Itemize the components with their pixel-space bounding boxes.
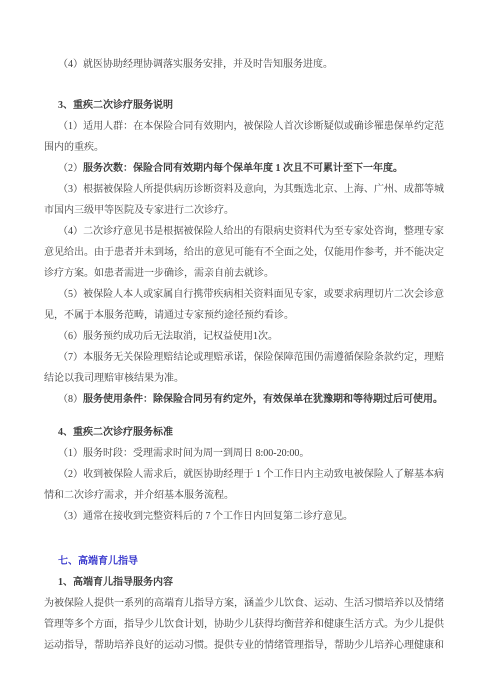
heading-childcare-service-content: 1、高端育儿指导服务内容 bbox=[44, 572, 444, 593]
heading-second-diagnosis-description: 3、重疾二次诊疗服务说明 bbox=[44, 95, 444, 116]
paragraph-service-times: （2）服务次数：保险合同有效期内每个保单年度 1 次且不可累计至下一年度。 bbox=[44, 158, 444, 179]
paragraph-opinion-letter-disclaimer: （4）二次诊疗意见书是根据被保险人给出的有限病史资料代为至专家处咨询，整理专家意… bbox=[44, 221, 444, 284]
paragraph-number-prefix: （2） bbox=[58, 163, 83, 174]
paragraph-service-hours: （1）服务时段：受理需求时间为周一到周日 8:00-20:00。 bbox=[44, 443, 444, 464]
heading-second-diagnosis-standard: 4、重疾二次诊疗服务标准 bbox=[44, 422, 444, 443]
paragraph-claims-disclaimer: （7）本服务无关保险理赔结论或理赔承诺，保险保障范围仍需遵循保险条款约定，理赔结… bbox=[44, 347, 444, 389]
paragraph-medical-assist-followup: （4）就医协助经理协调落实服务安排，并及时告知服务进度。 bbox=[44, 54, 444, 75]
paragraph-service-times-bold-text: 服务次数：保险合同有效期内每个保单年度 1 次且不可累计至下一年度。 bbox=[83, 163, 403, 174]
paragraph-hospital-selection: （3）根据被保险人所提供病历诊断资料及意向，为其甄选北京、上海、广州、成都等城市… bbox=[44, 179, 444, 221]
section-heading-childcare-guidance: 七、高端育儿指导 bbox=[44, 551, 444, 572]
paragraph-reply-time: （3）通常在接收到完整资料后的 7 个工作日内回复第二诊疗意见。 bbox=[44, 506, 444, 527]
paragraph-no-cancellation: （6）服务预约成功后无法取消，记权益使用1次。 bbox=[44, 326, 444, 347]
paragraph-out-of-scope: （5）被保险人本人或家属自行携带疾病相关资料面见专家，或要求病理切片二次会诊意见… bbox=[44, 284, 444, 326]
paragraph-usage-conditions: （8）服务使用条件：除保险合同另有约定外，有效保单在犹豫期和等待期过后可使用。 bbox=[44, 389, 444, 410]
paragraph-applicable-people: （1）适用人群：在本保险合同有效期内，被保险人首次诊断疑似或确诊罹患保单约定范围… bbox=[44, 116, 444, 158]
paragraph-usage-conditions-bold-text: 服务使用条件：除保险合同另有约定外，有效保单在犹豫期和等待期过后可使用。 bbox=[83, 394, 443, 405]
paragraph-callback-process: （2）收到被保险人需求后，就医协助经理于 1 个工作日内主动致电被保险人了解基本… bbox=[44, 464, 444, 506]
document-page: （4）就医协助经理协调落实服务安排，并及时告知服务进度。 3、重疾二次诊疗服务说… bbox=[0, 0, 495, 700]
paragraph-number-prefix: （8） bbox=[58, 394, 83, 405]
paragraph-childcare-description: 为被保险人提供一系列的高端育儿指导方案，涵盖少儿饮食、运动、生活习惯培养以及情绪… bbox=[44, 593, 444, 656]
